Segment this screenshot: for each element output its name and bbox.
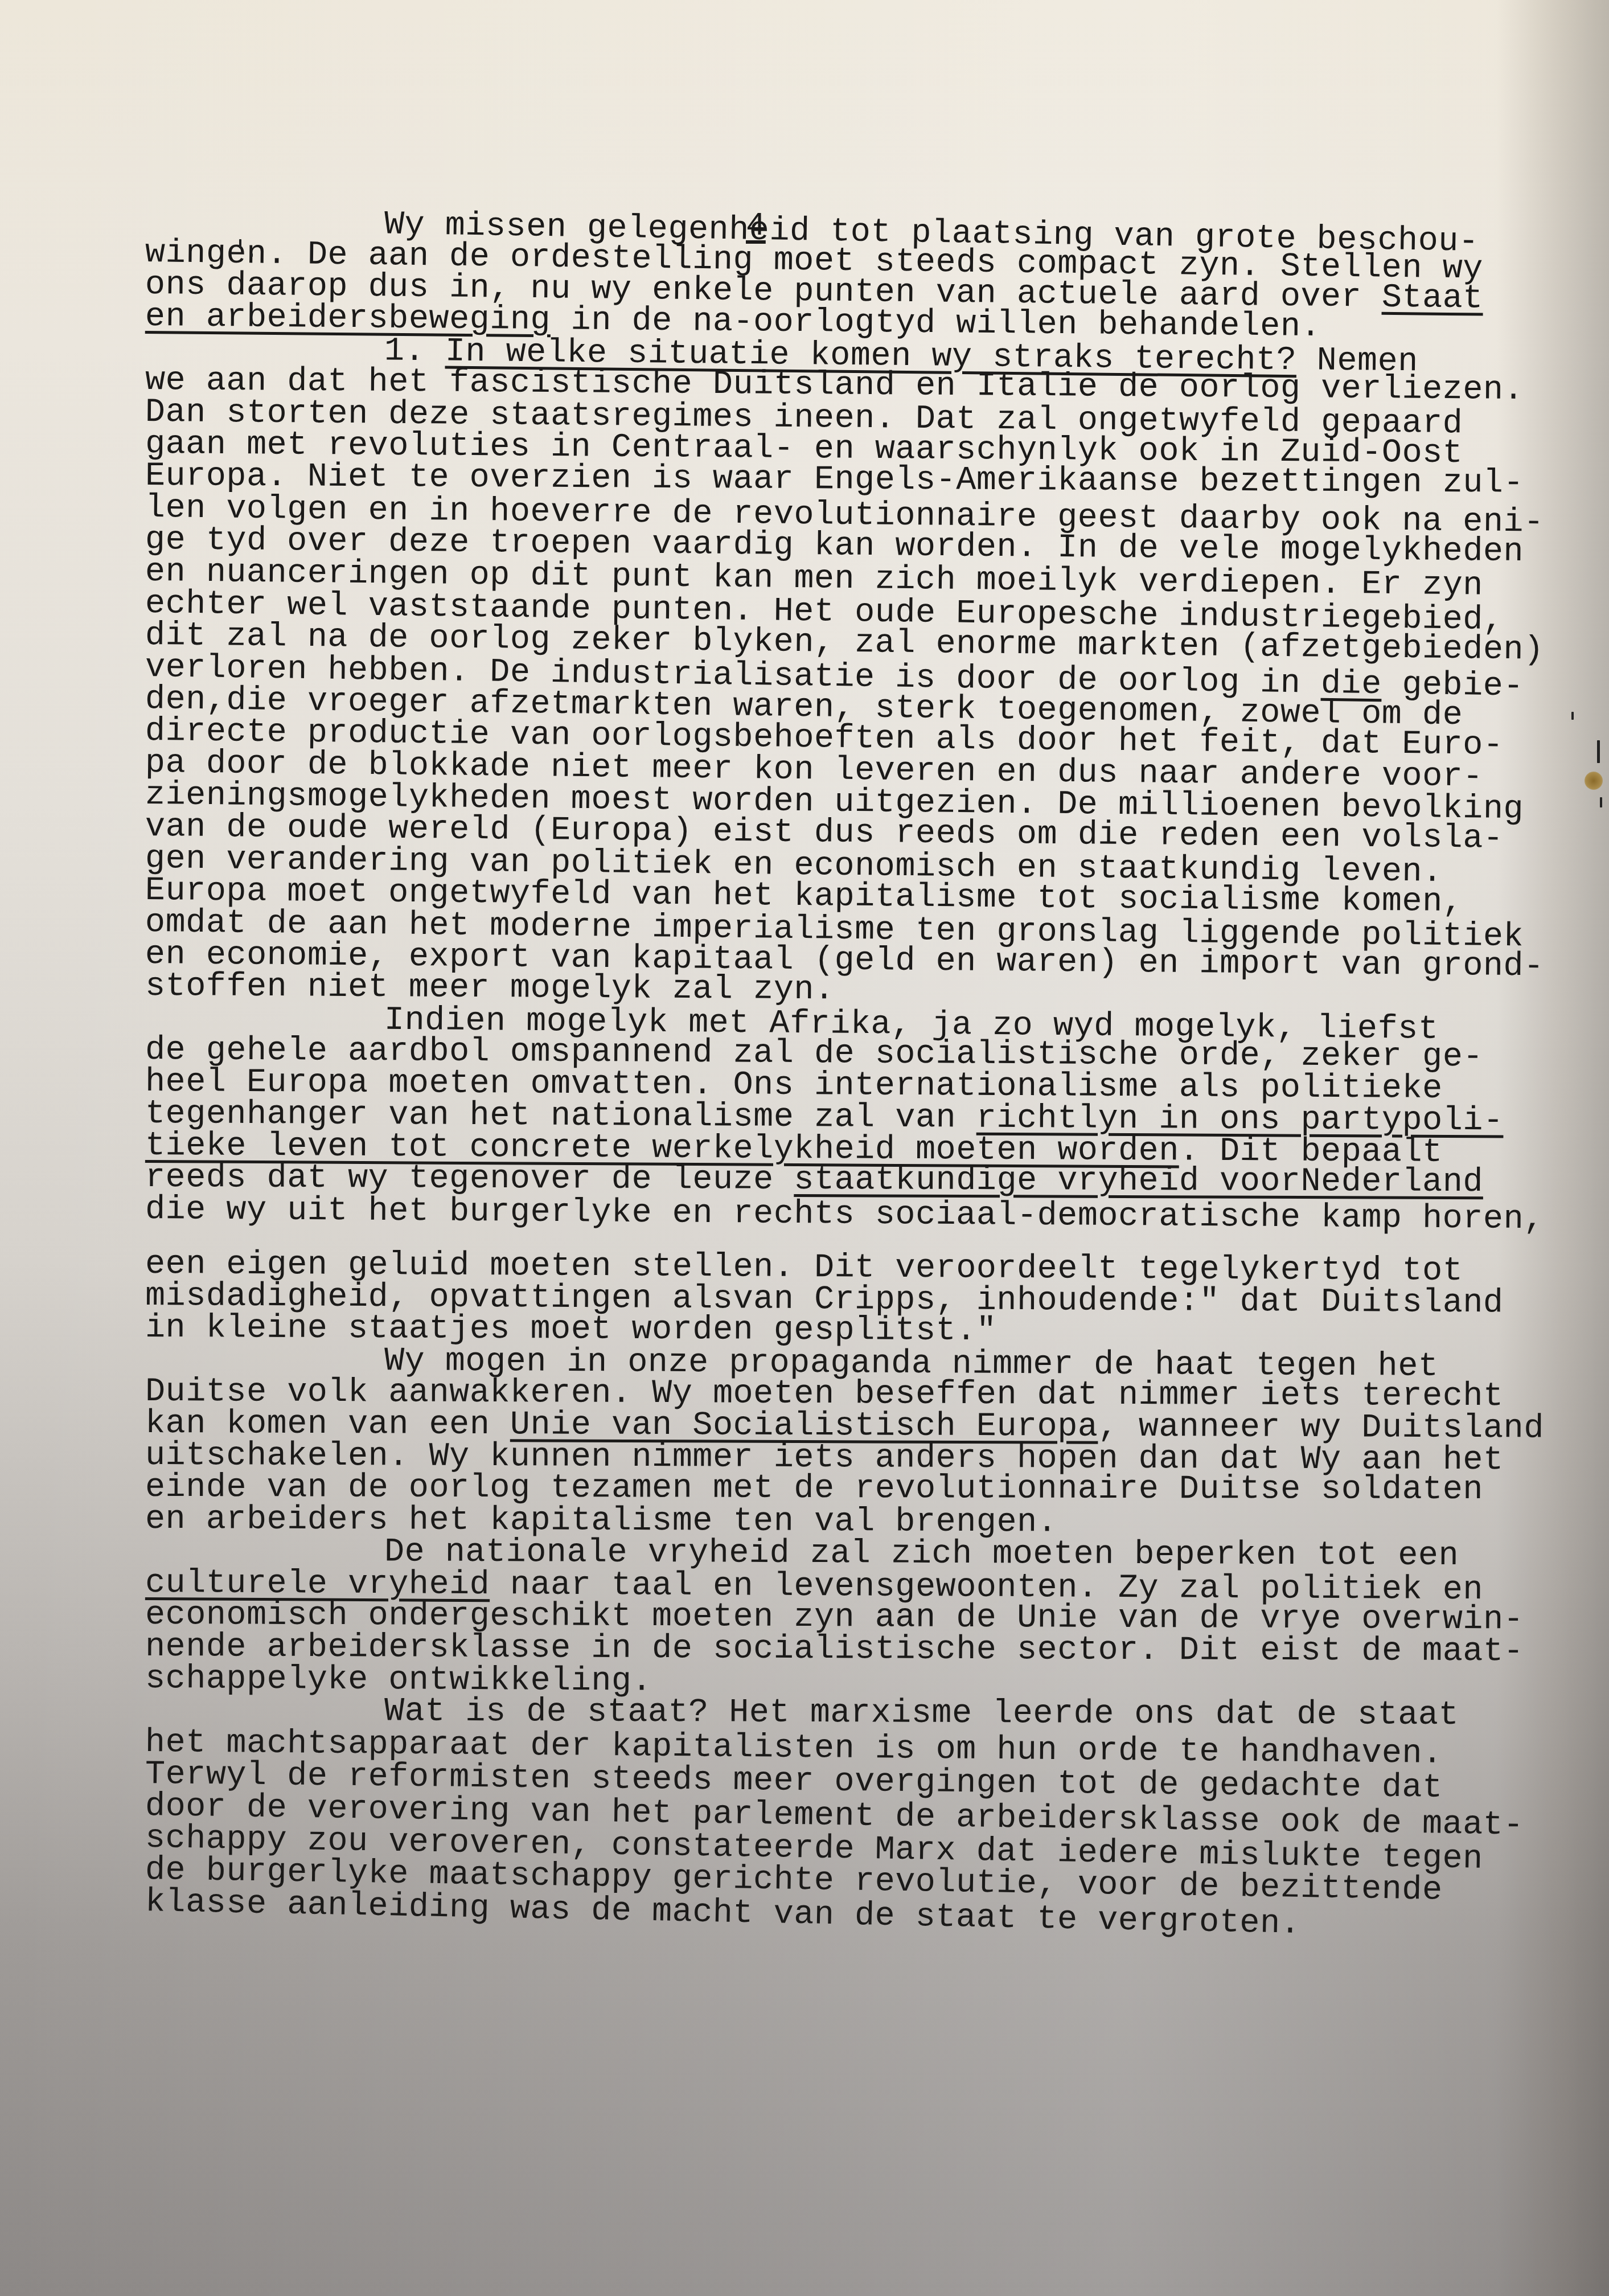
paper-stain [1585,772,1603,790]
text-line: die wy uit het burgerlyke en rechts soci… [145,1194,1534,1235]
margin-speck [251,253,253,257]
margin-speck [1597,740,1600,763]
margin-speck [239,239,241,248]
margin-speck [1571,712,1574,720]
text-line: in kleine staatjes moet worden gesplitst… [145,1312,1534,1349]
typewritten-page-body: Wy missen gelegenheid tot plaatsing van … [145,205,1534,1918]
margin-speck [1600,797,1602,807]
